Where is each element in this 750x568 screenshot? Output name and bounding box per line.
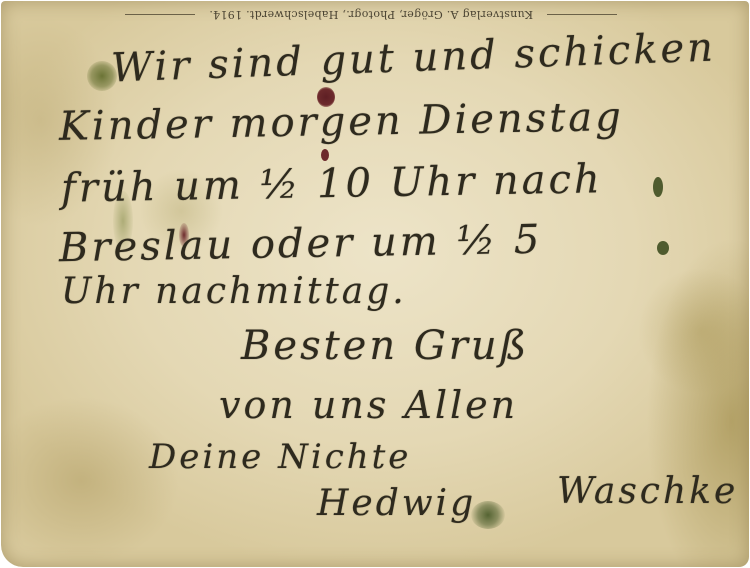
red-ink-stain (321, 149, 329, 161)
signature-first-name: Hedwig (317, 483, 476, 524)
handwritten-line-1: Wir sind gut und schicken (110, 24, 716, 91)
green-ink-stain (657, 241, 669, 255)
handwritten-line-4: Breslau oder um ½ 5 (59, 217, 543, 271)
green-ink-stain (653, 177, 663, 197)
signature-surname: Waschke (557, 471, 738, 512)
postcard: Kunstverlag A. Gröger, Photogr., Habelsc… (1, 1, 749, 567)
handwritten-line-5: Uhr nachmittag. (61, 271, 407, 312)
greeting-line: Besten Gruß (241, 323, 529, 369)
printed-publisher-header: Kunstverlag A. Gröger, Photogr., Habelsc… (61, 5, 681, 25)
header-rule-left (547, 15, 617, 16)
handwritten-line-3: früh um ½ 10 Uhr nach (61, 156, 603, 211)
header-rule-right (125, 15, 195, 16)
publisher-text: Kunstverlag A. Gröger, Photogr., Habelsc… (209, 9, 533, 22)
handwritten-line-2: Kinder morgen Dienstag (59, 94, 625, 150)
signature-relation: Deine Nichte (149, 437, 411, 477)
greeting-from-line: von uns Allen (219, 383, 518, 427)
